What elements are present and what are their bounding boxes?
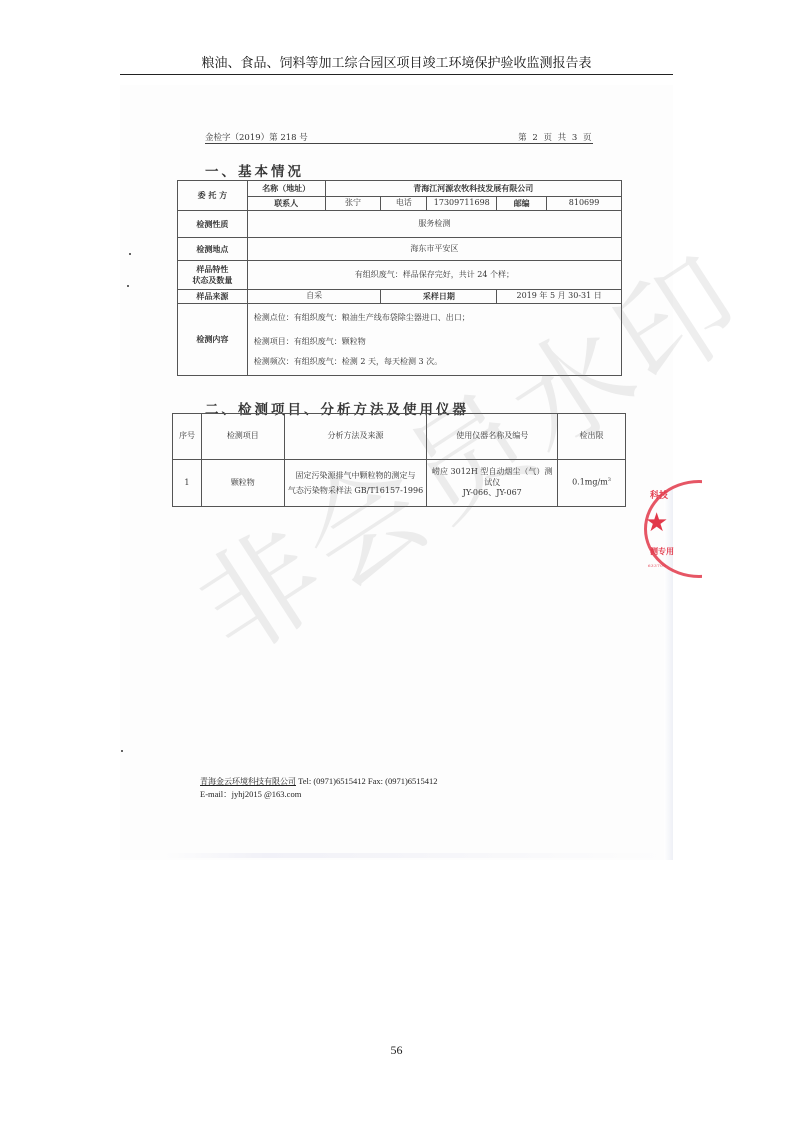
- methods-table: 序号 检测项目 分析方法及来源 使用仪器名称及编号 检出限 1 颗粒物 固定污染…: [172, 413, 626, 507]
- methods-header-row: 序号 检测项目 分析方法及来源 使用仪器名称及编号 检出限: [173, 414, 626, 460]
- col-header-index: 序号: [173, 414, 202, 460]
- nature-label: 检测性质: [178, 211, 248, 238]
- method-line2: 气态污染物采样法 GB/T16157-1996: [288, 483, 424, 498]
- col-header-limit: 检出限: [558, 414, 626, 460]
- contact-value: 张宁: [325, 197, 381, 211]
- section-basic-title: 一、基本情况: [205, 160, 304, 180]
- nature-value: 服务检测: [247, 211, 621, 238]
- report-reference-line: 金检字（2019）第 218 号 第 2 页 共 3 页: [205, 130, 593, 144]
- contact-label: 联系人: [247, 197, 325, 211]
- reference-number: 金检字（2019）第 218 号: [205, 131, 308, 143]
- sample-value: 有组织废气：样品保存完好，共计 24 个样；: [247, 261, 621, 290]
- seal-code: 633700: [648, 563, 666, 568]
- sample-label-line1: 样品特性: [178, 264, 247, 275]
- scan-speck: [127, 285, 129, 287]
- sample-label-line2: 状态及数量: [178, 275, 247, 286]
- source-label: 样品来源: [178, 290, 248, 304]
- instrument-line2: 试仪: [430, 478, 554, 489]
- postcode-value: 810699: [547, 197, 622, 211]
- row-item: 颗粒物: [201, 460, 284, 507]
- row-method: 固定污染源排气中颗粒物的测定与 气态污染物采样法 GB/T16157-1996: [284, 460, 427, 507]
- instrument-line1: 崂应 3012H 型自动烟尘（气）测: [430, 467, 554, 478]
- col-header-item: 检测项目: [201, 414, 284, 460]
- scan-speck: [121, 750, 123, 752]
- limit-value: 0.1mg/m: [572, 478, 608, 487]
- col-header-method: 分析方法及来源: [284, 414, 427, 460]
- content-label: 检测内容: [178, 304, 248, 376]
- content-value: 检测点位：有组织废气：粮油生产线布袋除尘器进口、出口； 检测项目：有组织废气：颗…: [247, 304, 621, 376]
- page-number: 56: [0, 1043, 793, 1058]
- scan-bottom-edge: [165, 853, 665, 858]
- row-index: 1: [173, 460, 202, 507]
- row-limit: 0.1mg/m3: [558, 460, 626, 507]
- table-row: 1 颗粒物 固定污染源排气中颗粒物的测定与 气态污染物采样法 GB/T16157…: [173, 460, 626, 507]
- document-header-title: 粮油、食品、饲料等加工综合园区项目竣工环境保护验收监测报告表: [120, 55, 673, 75]
- page-indicator: 第 2 页 共 3 页: [518, 131, 593, 143]
- row-instrument: 崂应 3012H 型自动烟尘（气）测 试仪 JY-066、JY-067: [427, 460, 558, 507]
- basic-info-table: 委 托 方 名称（地址） 青海江河源农牧科技发展有限公司 联系人 张宁 电话 1…: [177, 180, 622, 376]
- phone-label: 电话: [381, 197, 427, 211]
- footer-contact: Tel: (0971)6515412 Fax: (0971)6515412: [296, 776, 438, 786]
- official-seal: 科技 ★ 测专用 633700: [642, 480, 702, 578]
- content-line-frequency: 检测频次：有组织废气：检测 2 天，每天检测 3 次。: [254, 357, 615, 367]
- seal-top-text: 科技: [650, 488, 668, 501]
- limit-superscript: 3: [608, 477, 611, 483]
- sampling-date-label: 采样日期: [381, 290, 497, 304]
- source-value: 自采: [247, 290, 381, 304]
- instrument-line3: JY-066、JY-067: [430, 488, 554, 499]
- seal-bottom-text: 测专用: [650, 546, 674, 557]
- content-line-points: 检测点位：有组织废气：粮油生产线布袋除尘器进口、出口；: [254, 313, 615, 323]
- phone-value: 17309711698: [427, 197, 497, 211]
- star-icon: ★: [645, 510, 668, 536]
- location-value: 海东市平安区: [247, 238, 621, 261]
- location-label: 检测地点: [178, 238, 248, 261]
- content-line-items: 检测项目：有组织废气：颗粒物: [254, 337, 615, 347]
- company-footer: 青海金云环境科技有限公司 Tel: (0971)6515412 Fax: (09…: [200, 775, 438, 800]
- client-label: 委 托 方: [178, 181, 248, 211]
- name-address-value: 青海江河源农牧科技发展有限公司: [325, 181, 621, 197]
- postcode-label: 邮编: [497, 197, 547, 211]
- col-header-instrument: 使用仪器名称及编号: [427, 414, 558, 460]
- method-line1: 固定污染源排气中颗粒物的测定与: [288, 468, 424, 483]
- sample-label: 样品特性 状态及数量: [178, 261, 248, 290]
- sampling-date-value: 2019 年 5 月 30-31 日: [497, 290, 622, 304]
- footer-company: 青海金云环境科技有限公司: [200, 777, 296, 786]
- footer-email: E-mail：jyhj2015 @163.com: [200, 788, 438, 800]
- scan-speck: [129, 253, 131, 255]
- name-address-label: 名称（地址）: [247, 181, 325, 197]
